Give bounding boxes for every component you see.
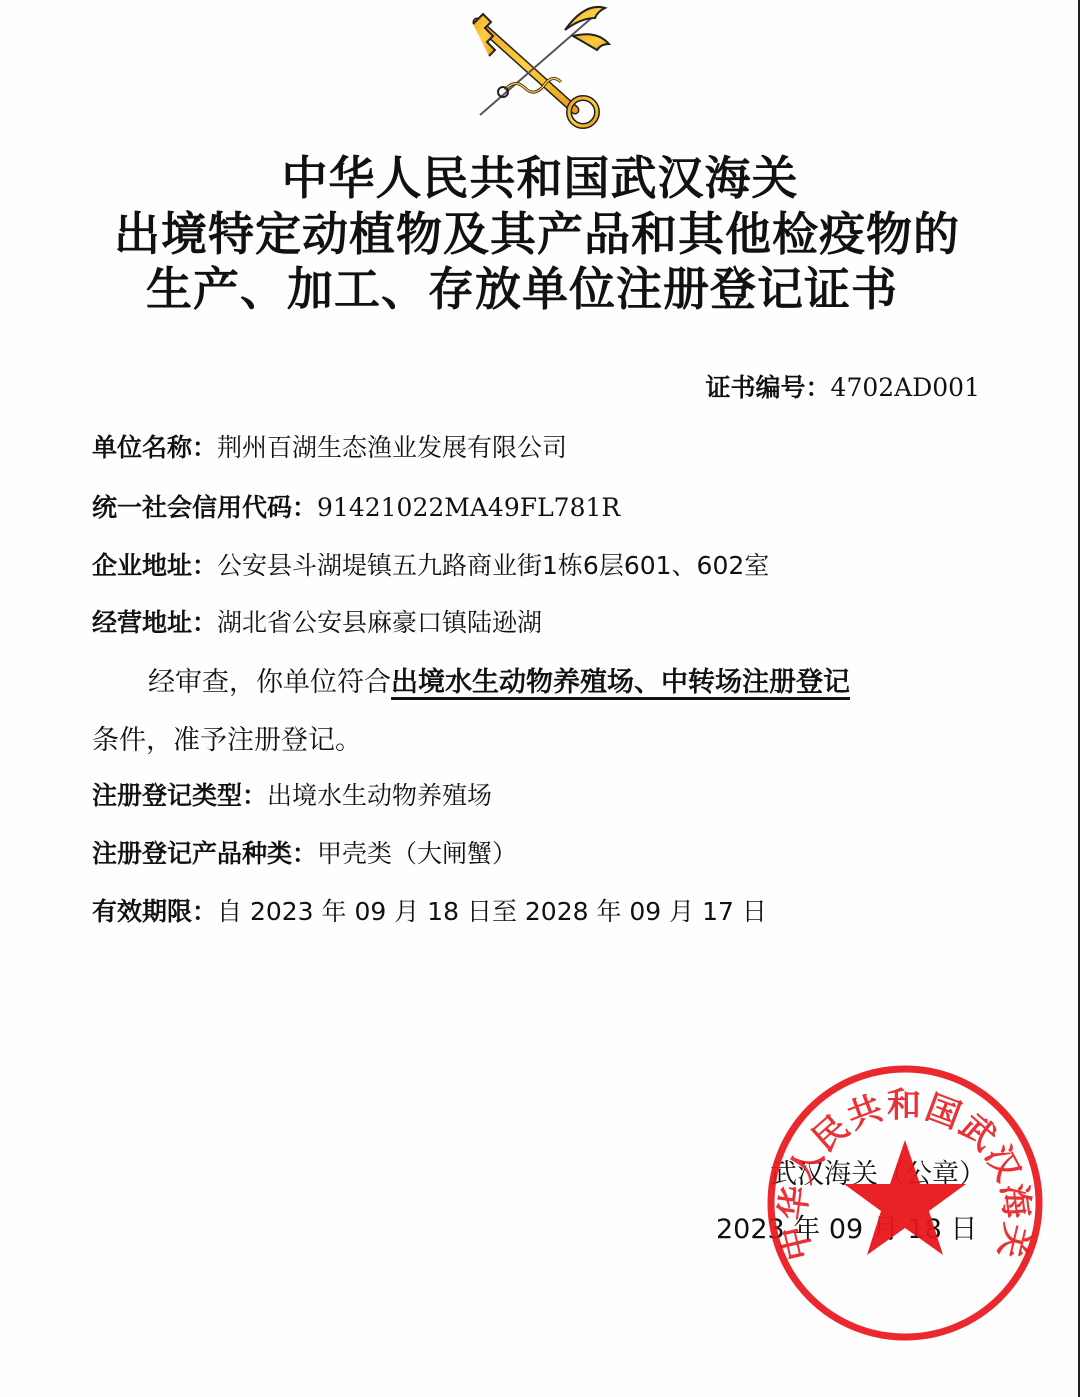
field-label: 有效期限： (92, 897, 217, 926)
certificate-number-value: 4702AD001 (831, 373, 980, 402)
certificate-number-label: 证书编号： (706, 373, 831, 402)
field-label: 经营地址： (92, 608, 217, 637)
customs-emblem-icon (455, 0, 625, 130)
field-value: 91421022MA49FL781R (317, 493, 620, 522)
field-label: 统一社会信用代码： (92, 493, 317, 522)
field-value: 甲壳类（大闸蟹） (317, 839, 517, 868)
certificate-page: 中华人民共和国武汉海关 出境特定动植物及其产品和其他检疫物的 生产、加工、存放单… (0, 0, 1080, 1397)
field-validity: 有效期限：自 2023 年 09 月 18 日至 2028 年 09 月 17 … (92, 892, 767, 928)
field-credit-code: 统一社会信用代码：91421022MA49FL781R (92, 488, 620, 524)
field-enterprise-address: 企业地址：公安县斗湖堤镇五九路商业街1栋6层601、602室 (92, 546, 769, 582)
title-line-3: 生产、加工、存放单位注册登记证书 (0, 253, 1062, 319)
field-label: 单位名称： (92, 433, 217, 462)
field-label: 企业地址： (92, 551, 217, 580)
field-value: 出境水生动物养殖场 (267, 781, 492, 810)
field-unit-name: 单位名称：荆州百湖生态渔业发展有限公司 (92, 428, 567, 464)
field-value: 公安县斗湖堤镇五九路商业街1栋6层601、602室 (217, 551, 769, 580)
field-label: 注册登记类型： (92, 781, 267, 810)
field-value: 自 2023 年 09 月 18 日至 2028 年 09 月 17 日 (217, 897, 767, 926)
red-star-icon (844, 1140, 966, 1255)
field-product-category: 注册登记产品种类：甲壳类（大闸蟹） (92, 834, 517, 870)
approval-statement: 经审查，你单位符合出境水生动物养殖场、中转场注册登记 (148, 660, 850, 699)
approval-underlined: 出境水生动物养殖场、中转场注册登记 (391, 667, 850, 698)
field-value: 荆州百湖生态渔业发展有限公司 (217, 433, 567, 462)
approval-prefix: 经审查，你单位符合 (148, 667, 391, 698)
field-label: 注册登记产品种类： (92, 839, 317, 868)
approval-suffix: 条件，准予注册登记。 (92, 718, 362, 757)
field-registration-type: 注册登记类型：出境水生动物养殖场 (92, 776, 492, 812)
field-business-address: 经营地址：湖北省公安县麻豪口镇陆逊湖 (92, 603, 542, 639)
field-value: 湖北省公安县麻豪口镇陆逊湖 (217, 608, 542, 637)
official-seal: 中华人民共和国武汉海关 (764, 1062, 1046, 1344)
certificate-number: 证书编号：4702AD001 (706, 368, 980, 404)
